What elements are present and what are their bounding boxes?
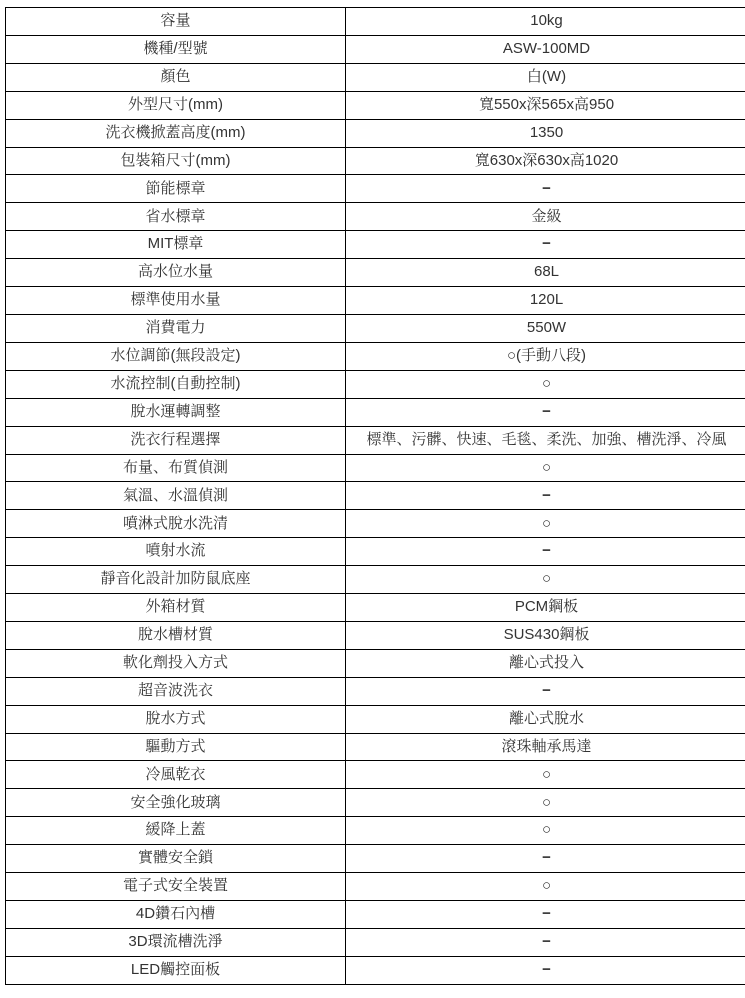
spec-row: 冷風乾衣○ [6, 761, 745, 789]
spec-label: 洗衣機掀蓋高度(mm) [6, 119, 346, 147]
spec-label: 包裝箱尺寸(mm) [6, 147, 346, 175]
spec-label: 消費電力 [6, 314, 346, 342]
spec-row: 噴淋式脫水洗清○ [6, 510, 745, 538]
spec-value: ○ [346, 761, 745, 789]
spec-label: 脫水方式 [6, 705, 346, 733]
spec-value: ○ [346, 566, 745, 594]
spec-value: ○ [346, 817, 745, 845]
spec-row: 緩降上蓋○ [6, 817, 745, 845]
spec-value: 寬550x深565x高950 [346, 91, 745, 119]
spec-value: 1350 [346, 119, 745, 147]
spec-value: − [346, 845, 745, 873]
spec-value: ○ [346, 510, 745, 538]
spec-row: 高水位水量68L [6, 259, 745, 287]
spec-value: 68L [346, 259, 745, 287]
spec-row: 水流控制(自動控制)○ [6, 370, 745, 398]
spec-row: 4D鑽石內槽− [6, 901, 745, 929]
spec-value: 10kg [346, 8, 745, 36]
spec-value: 標準、污髒、快速、毛毯、柔洗、加強、槽洗淨、冷風 [346, 426, 745, 454]
spec-row: 布量、布質偵測○ [6, 454, 745, 482]
spec-label: LED觸控面板 [6, 956, 346, 984]
spec-value: ASW-100MD [346, 35, 745, 63]
spec-row: 軟化劑投入方式離心式投入 [6, 649, 745, 677]
spec-value: ○ [346, 454, 745, 482]
spec-label: MIT標章 [6, 231, 346, 259]
spec-row: MIT標章− [6, 231, 745, 259]
spec-label: 脫水運轉調整 [6, 398, 346, 426]
spec-value: − [346, 231, 745, 259]
spec-label: 節能標章 [6, 175, 346, 203]
spec-value: 離心式投入 [346, 649, 745, 677]
spec-label: 安全強化玻璃 [6, 789, 346, 817]
spec-label: 靜音化設計加防鼠底座 [6, 566, 346, 594]
spec-row: 省水標章金級 [6, 203, 745, 231]
spec-row: 水位調節(無段設定)○(手動八段) [6, 342, 745, 370]
spec-row: 電子式安全裝置○ [6, 873, 745, 901]
spec-row: LED觸控面板− [6, 956, 745, 984]
spec-label: 水位調節(無段設定) [6, 342, 346, 370]
spec-label: 水流控制(自動控制) [6, 370, 346, 398]
spec-label: 氣溫、水溫偵測 [6, 482, 346, 510]
spec-value: − [346, 175, 745, 203]
spec-label: 3D環流槽洗淨 [6, 928, 346, 956]
spec-row: 安全強化玻璃○ [6, 789, 745, 817]
spec-value: 金級 [346, 203, 745, 231]
spec-label: 機種/型號 [6, 35, 346, 63]
spec-row: 洗衣行程選擇標準、污髒、快速、毛毯、柔洗、加強、槽洗淨、冷風 [6, 426, 745, 454]
spec-value: − [346, 398, 745, 426]
spec-label: 4D鑽石內槽 [6, 901, 346, 929]
spec-value: ○ [346, 873, 745, 901]
spec-value: PCM鋼板 [346, 594, 745, 622]
spec-value: 白(W) [346, 63, 745, 91]
spec-label: 噴射水流 [6, 538, 346, 566]
spec-sheet-page: 容量10kg機種/型號ASW-100MD顏色白(W)外型尺寸(mm)寬550x深… [0, 0, 745, 998]
spec-value: 550W [346, 314, 745, 342]
spec-row: 驅動方式滾珠軸承馬達 [6, 733, 745, 761]
spec-row: 氣溫、水溫偵測− [6, 482, 745, 510]
spec-row: 脫水運轉調整− [6, 398, 745, 426]
spec-row: 脫水槽材質SUS430鋼板 [6, 621, 745, 649]
spec-row: 機種/型號ASW-100MD [6, 35, 745, 63]
spec-label: 標準使用水量 [6, 287, 346, 315]
spec-value: SUS430鋼板 [346, 621, 745, 649]
spec-label: 電子式安全裝置 [6, 873, 346, 901]
spec-value: 寬630x深630x高1020 [346, 147, 745, 175]
spec-row: 顏色白(W) [6, 63, 745, 91]
spec-value: 離心式脫水 [346, 705, 745, 733]
spec-row: 消費電力550W [6, 314, 745, 342]
spec-table: 容量10kg機種/型號ASW-100MD顏色白(W)外型尺寸(mm)寬550x深… [5, 7, 745, 985]
spec-value: − [346, 538, 745, 566]
spec-label: 高水位水量 [6, 259, 346, 287]
spec-row: 洗衣機掀蓋高度(mm)1350 [6, 119, 745, 147]
spec-label: 實體安全鎖 [6, 845, 346, 873]
spec-row: 標準使用水量120L [6, 287, 745, 315]
spec-value: ○ [346, 789, 745, 817]
spec-label: 省水標章 [6, 203, 346, 231]
spec-table-body: 容量10kg機種/型號ASW-100MD顏色白(W)外型尺寸(mm)寬550x深… [6, 8, 745, 985]
spec-label: 外箱材質 [6, 594, 346, 622]
spec-label: 外型尺寸(mm) [6, 91, 346, 119]
spec-label: 布量、布質偵測 [6, 454, 346, 482]
spec-label: 顏色 [6, 63, 346, 91]
spec-row: 容量10kg [6, 8, 745, 36]
spec-label: 緩降上蓋 [6, 817, 346, 845]
spec-row: 靜音化設計加防鼠底座○ [6, 566, 745, 594]
spec-row: 包裝箱尺寸(mm)寬630x深630x高1020 [6, 147, 745, 175]
spec-label: 超音波洗衣 [6, 677, 346, 705]
spec-value: − [346, 956, 745, 984]
spec-value: − [346, 677, 745, 705]
spec-label: 冷風乾衣 [6, 761, 346, 789]
spec-value: − [346, 928, 745, 956]
spec-value: 120L [346, 287, 745, 315]
spec-label: 軟化劑投入方式 [6, 649, 346, 677]
spec-value: 滾珠軸承馬達 [346, 733, 745, 761]
spec-row: 3D環流槽洗淨− [6, 928, 745, 956]
spec-value: − [346, 482, 745, 510]
spec-label: 驅動方式 [6, 733, 346, 761]
spec-label: 洗衣行程選擇 [6, 426, 346, 454]
spec-value: ○ [346, 370, 745, 398]
spec-label: 容量 [6, 8, 346, 36]
spec-value: ○(手動八段) [346, 342, 745, 370]
spec-row: 外型尺寸(mm)寬550x深565x高950 [6, 91, 745, 119]
spec-value: − [346, 901, 745, 929]
spec-label: 噴淋式脫水洗清 [6, 510, 346, 538]
spec-row: 噴射水流− [6, 538, 745, 566]
spec-row: 實體安全鎖− [6, 845, 745, 873]
spec-label: 脫水槽材質 [6, 621, 346, 649]
spec-row: 超音波洗衣− [6, 677, 745, 705]
spec-row: 外箱材質PCM鋼板 [6, 594, 745, 622]
spec-row: 節能標章− [6, 175, 745, 203]
spec-row: 脫水方式離心式脫水 [6, 705, 745, 733]
